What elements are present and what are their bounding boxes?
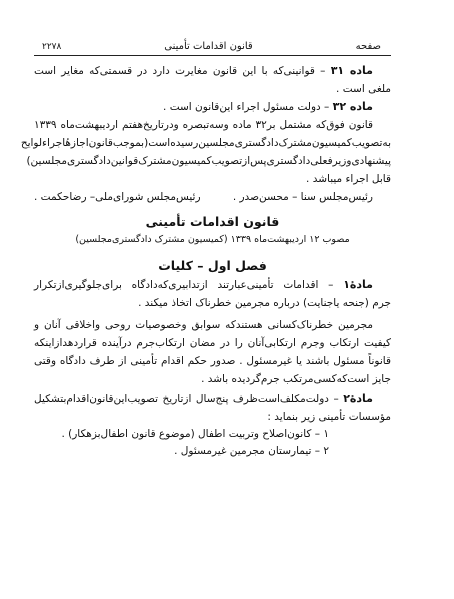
- page-label: صفحه: [356, 41, 381, 52]
- article-32-label: ماده ۳۲: [333, 100, 373, 113]
- paragraph-line-2: کیفیت ارتکاب وجرم ارتکابی‌آنان را در مضا…: [34, 334, 391, 352]
- paragraph-line-3: قانوناً مسئول باشند یا غیرمسئول . صدور ح…: [34, 352, 391, 370]
- article-31-line-1: ماده ۳۱ – قوانینی‌که با این قانون مغایرت…: [34, 62, 391, 80]
- article-2-line-2: مؤسسات تأمینی زیر بنماید :: [34, 408, 391, 426]
- article-1-line-1: مادهٔ۱ – اقدامات تأمینی‌عبارتند ازتدابیر…: [34, 276, 391, 294]
- law-title: قانون اقدامات تأمینی: [34, 212, 391, 232]
- article-2-line-1: مادهٔ۲ – دولت‌مکلف‌است‌ظرف پنج‌سال ازتار…: [34, 390, 391, 408]
- page-header: صفحه قانون اقدامات تأمینی ۲۲۷۸: [34, 38, 391, 52]
- article-1-line-2: جرم (جنحه یاجنایت) درباره مجرمین خطرناک …: [34, 294, 391, 312]
- approval-note-line-1: قانون فوق‌که مشتمل بر۳۲ ماده وسه‌تبصره و…: [34, 116, 391, 134]
- law-subtitle: مصوب ۱۲ اردیبهشت‌ماه ۱۳۳۹ (کمیسیون مشترک…: [34, 232, 391, 248]
- paragraph-line-4: جایز است‌که‌کسی‌مرتکب جرم‌گردیده باشد .: [34, 370, 391, 388]
- approval-note-line-3: پیشنهادی‌وزیرفعلی‌دادگستری‌پس‌ازتصویب‌کم…: [34, 152, 391, 170]
- article-32: ماده ۳۲ – دولت مسئول اجراء این‌قانون است…: [34, 98, 391, 116]
- document-page: صفحه قانون اقدامات تأمینی ۲۲۷۸ ماده ۳۱ –…: [34, 38, 391, 460]
- list-item: ۲ – تیمارستان مجرمین غیرمسئول .: [34, 443, 391, 460]
- signatures: رئیس‌مجلس سنا – محسن‌صدر . رئیس‌مجلس شور…: [34, 188, 391, 206]
- chapter-1-title: فصل اول – کلیات: [34, 256, 391, 276]
- article-31-label: ماده ۳۱: [331, 64, 373, 77]
- senate-signature: رئیس‌مجلس سنا – محسن‌صدر .: [233, 188, 373, 206]
- paragraph-line-1: مجرمین خطرناک‌کسانی هستندکه سوابق وخصوصی…: [34, 316, 391, 334]
- approval-note-line-4: قابل اجراء میباشد .: [34, 170, 391, 188]
- page-number: ۲۲۷۸: [42, 42, 61, 52]
- national-assembly-signature: رئیس‌مجلس شورای‌ملی– رضاحکمت .: [34, 188, 201, 206]
- article-31-line-2: ملغی است .: [34, 80, 391, 98]
- list-item: ۱ – کانون‌اصلاح وتربیت اطفال (موضوع قانو…: [34, 426, 391, 443]
- approval-note-line-2: به‌تصویب‌کمیسیون‌مشترک‌دادگستری‌مجلسین‌ر…: [34, 134, 391, 152]
- running-title: قانون اقدامات تأمینی: [164, 41, 252, 52]
- article-2-label: مادهٔ۲: [343, 392, 373, 405]
- article-1-label: مادهٔ۱: [343, 278, 373, 291]
